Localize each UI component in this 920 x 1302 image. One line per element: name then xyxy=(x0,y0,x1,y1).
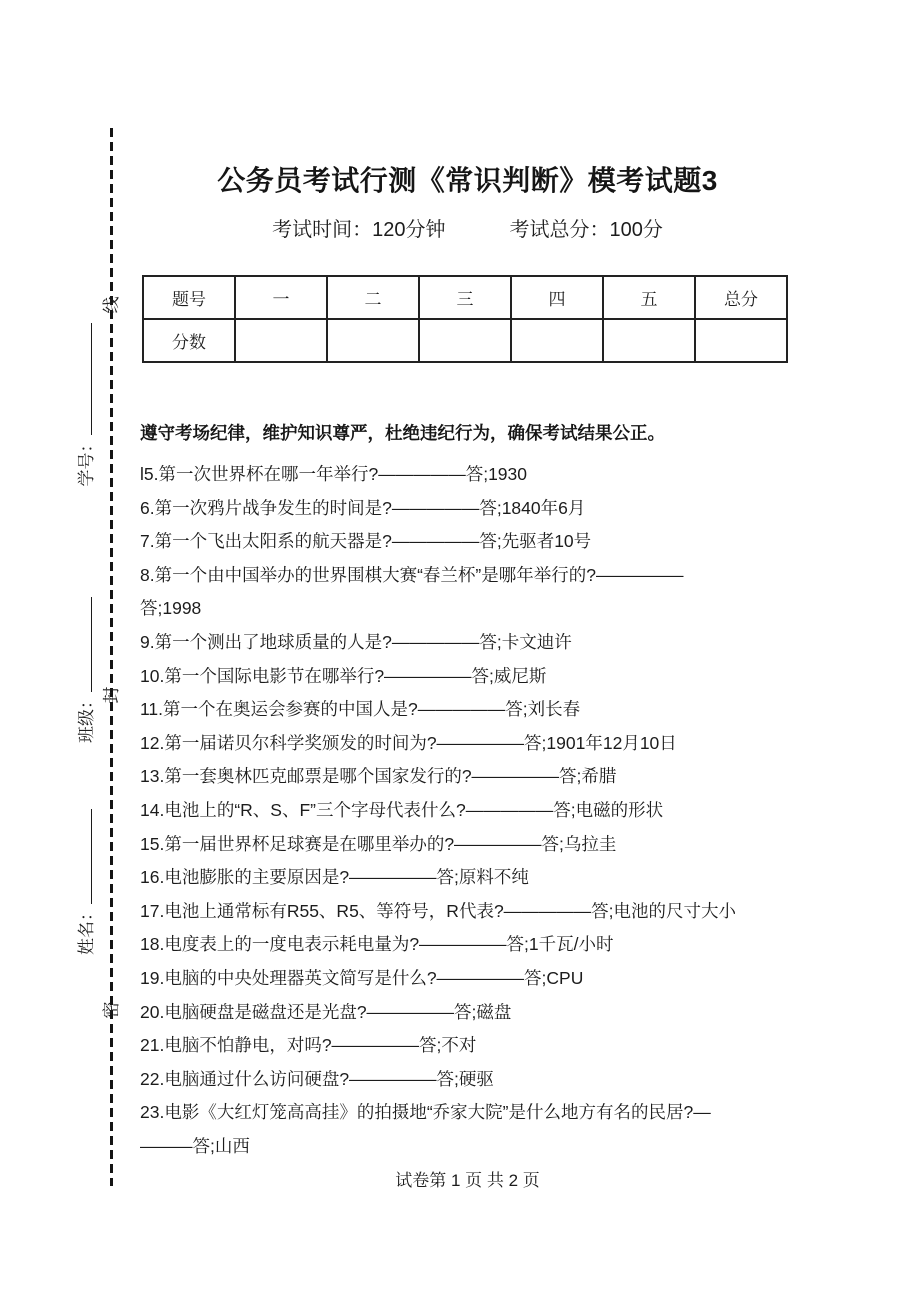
score-table-header-cell: 一 xyxy=(235,276,327,319)
question-line: 20.电脑硬盘是磁盘还是光盘?—————答;磁盘 xyxy=(140,996,795,1030)
score-table-header-cell: 二 xyxy=(327,276,419,319)
question-line: 21.电脑不怕静电，对吗?—————答;不对 xyxy=(140,1029,795,1063)
class-blank-line xyxy=(74,597,92,692)
question-line: 18.电度表上的一度电表示耗电量为?—————答;1千瓦/小时 xyxy=(140,928,795,962)
question-line: 10.第一个国际电影节在哪举行?—————答;威尼斯 xyxy=(140,660,795,694)
question-line: 15.第一届世界杯足球赛是在哪里举办的?—————答;乌拉圭 xyxy=(140,828,795,862)
student-id-label: 学号： xyxy=(77,436,96,487)
seal-dashed-line xyxy=(110,128,113,1186)
question-line: 11.第一个在奥运会参赛的中国人是?—————答;刘长春 xyxy=(140,693,795,727)
question-line: 14.电池上的“R、S、F”三个字母代表什么?—————答;电磁的形状 xyxy=(140,794,795,828)
score-table-header-row: 题号一二三四五总分 xyxy=(143,276,787,319)
field-name: 姓名： xyxy=(74,772,96,992)
score-cell xyxy=(235,319,327,362)
field-class: 班级： xyxy=(74,560,96,780)
class-label: 班级： xyxy=(77,692,96,743)
seal-char-mi: 密 xyxy=(100,998,124,1022)
seal-char-line: 线 xyxy=(100,293,124,317)
score-cell xyxy=(603,319,695,362)
question-line: 9.第一个测出了地球质量的人是?—————答;卡文迪许 xyxy=(140,626,795,660)
question-line: 6.第一次鸦片战争发生的时间是?—————答;1840年6月 xyxy=(140,492,795,526)
question-line: 8.第一个由中国举办的世界围棋大赛“春兰杯”是哪年举行的?————— xyxy=(140,559,795,593)
question-line: ———答;山西 xyxy=(140,1130,795,1164)
score-table: 题号一二三四五总分 分数 xyxy=(142,275,788,363)
score-cell xyxy=(511,319,603,362)
name-blank-line xyxy=(74,809,92,904)
field-student-id: 学号： xyxy=(74,295,96,515)
score-cell xyxy=(327,319,419,362)
score-table-header-cell: 五 xyxy=(603,276,695,319)
question-line: 答;1998 xyxy=(140,592,795,626)
score-table-header-cell: 四 xyxy=(511,276,603,319)
question-line: 23.电影《大红灯笼高高挂》的拍摄地“乔家大院”是什么地方有名的民居?— xyxy=(140,1096,795,1130)
score-table-score-row: 分数 xyxy=(143,319,787,362)
score-table-header-cell: 三 xyxy=(419,276,511,319)
score-cell xyxy=(419,319,511,362)
question-line: 13.第一套奥林匹克邮票是哪个国家发行的?—————答;希腊 xyxy=(140,760,795,794)
name-label: 姓名： xyxy=(77,904,96,955)
score-row-label: 分数 xyxy=(143,319,235,362)
student-id-blank-line xyxy=(74,324,92,436)
seal-char-feng: 封 xyxy=(100,683,124,707)
exam-meta-row: 考试时间：120分钟 考试总分：100分 xyxy=(140,216,795,244)
exam-total-score: 考试总分：100分 xyxy=(510,216,663,244)
question-line: 19.电脑的中央处理器英文简写是什么?—————答;CPU xyxy=(140,962,795,996)
exam-notice: 遵守考场纪律，维护知识尊严，杜绝违纪行为，确保考试结果公正。 xyxy=(140,421,795,446)
question-list: l5.第一次世界杯在哪一年举行?—————答;19306.第一次鸦片战争发生的时… xyxy=(140,458,795,1163)
score-cell xyxy=(695,319,787,362)
question-line: 12.第一届诺贝尔科学奖颁发的时间为?—————答;1901年12月10日 xyxy=(140,727,795,761)
page-footer: 试卷第 1 页 共 2 页 xyxy=(140,1169,795,1193)
question-line: l5.第一次世界杯在哪一年举行?—————答;1930 xyxy=(140,458,795,492)
question-line: 17.电池上通常标有R55、R5、等符号，R代表?—————答;电池的尺寸大小 xyxy=(140,895,795,929)
exam-paper-page: 线 封 密 学号： 班级： 姓名： 公务员考试行测《常识判断》模考试题3 考试时… xyxy=(0,0,920,1302)
question-line: 7.第一个飞出太阳系的航天器是?—————答;先驱者10号 xyxy=(140,525,795,559)
question-line: 16.电池膨胀的主要原因是?—————答;原料不纯 xyxy=(140,861,795,895)
score-table-header-cell: 题号 xyxy=(143,276,235,319)
content-column: 公务员考试行测《常识判断》模考试题3 考试时间：120分钟 考试总分：100分 … xyxy=(140,0,795,1193)
score-table-header-cell: 总分 xyxy=(695,276,787,319)
exam-time: 考试时间：120分钟 xyxy=(272,216,445,244)
page-title: 公务员考试行测《常识判断》模考试题3 xyxy=(140,161,795,201)
question-line: 22.电脑通过什么访问硬盘?—————答;硬驱 xyxy=(140,1063,795,1097)
